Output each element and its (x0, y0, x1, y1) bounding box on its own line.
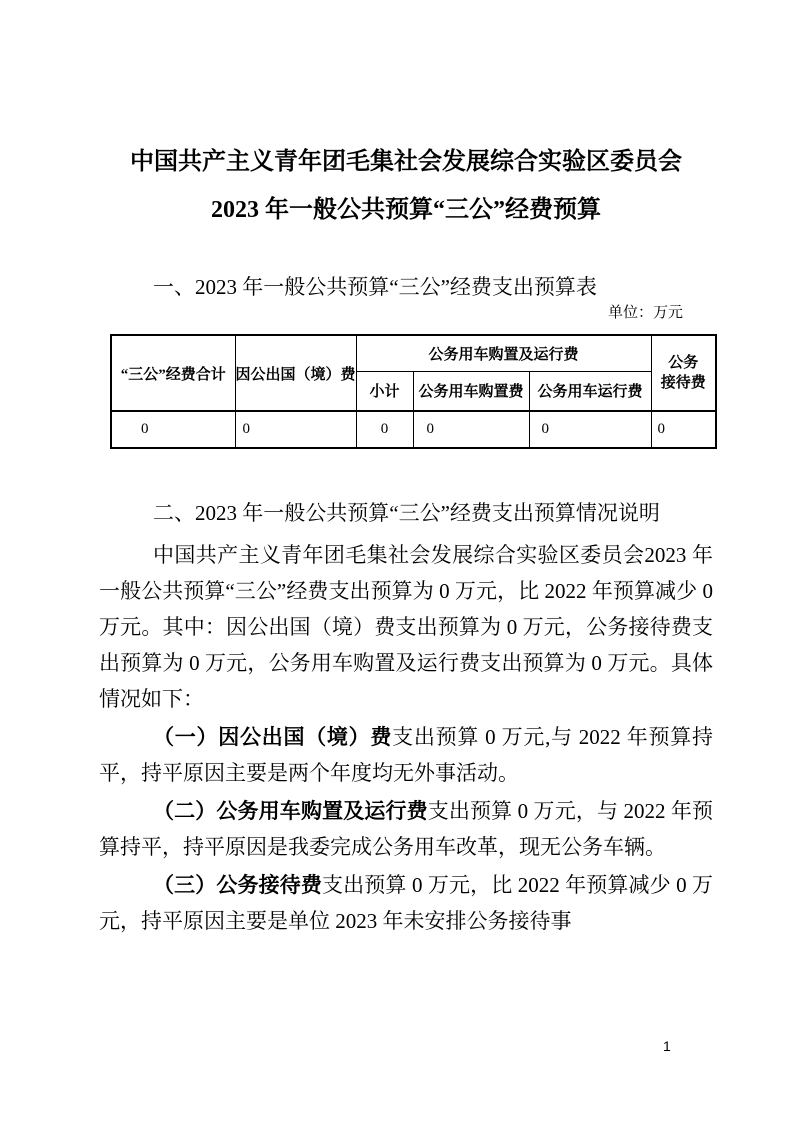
section1-heading: 一、2023 年一般公共预算“三公”经费支出预算表 (99, 272, 713, 302)
value-total: 0 (111, 411, 235, 448)
document-content: 中国共产主义青年团毛集社会发展综合实验区委员会 2023 年一般公共预算“三公”… (0, 138, 793, 939)
col-header-vehicle-operation: 公务用车运行费 (529, 371, 651, 411)
item-label-3: （三）公务接待费 (153, 873, 322, 897)
page-number: 1 (663, 1036, 671, 1056)
value-reception: 0 (651, 411, 716, 448)
document-title: 中国共产主义青年团毛集社会发展综合实验区委员会 2023 年一般公共预算“三公”… (99, 138, 713, 234)
col-header-vehicle-purchase: 公务用车购置费 (413, 371, 529, 411)
table-row: 0 0 0 0 0 0 (111, 411, 716, 448)
col-header-abroad: 因公出国（境）费 (235, 335, 356, 411)
item-paragraph-3: （三）公务接待费支出预算 0 万元，比 2022 年预算减少 0 万元，持平原因… (99, 867, 713, 939)
value-vehicle-purchase: 0 (413, 411, 529, 448)
title-line-2: 2023 年一般公共预算“三公”经费预算 (99, 186, 713, 234)
item-label-2: （二）公务用车购置及运行费 (153, 799, 428, 823)
value-abroad: 0 (235, 411, 356, 448)
col-header-total: “三公”经费合计 (111, 335, 235, 411)
three-public-budget-table: “三公”经费合计 因公出国（境）费 公务用车购置及运行费 公务 接待费 小计 公… (110, 334, 717, 449)
col-header-vehicle-group: 公务用车购置及运行费 (356, 335, 651, 371)
item-label-1: （一）因公出国（境）费 (153, 725, 392, 749)
section2-heading: 二、2023 年一般公共预算“三公”经费支出预算情况说明 (99, 493, 713, 533)
unit-label: 单位：万元 (99, 304, 713, 322)
col-header-reception: 公务 接待费 (651, 335, 716, 411)
item-paragraph-1: （一）因公出国（境）费支出预算 0 万元,与 2022 年预算持平，持平原因主要… (99, 719, 713, 791)
document-page: 中国共产主义青年团毛集社会发展综合实验区委员会 2023 年一般公共预算“三公”… (0, 0, 793, 1122)
col-header-vehicle-subtotal: 小计 (356, 371, 413, 411)
value-vehicle-subtotal: 0 (356, 411, 413, 448)
item-paragraph-2: （二）公务用车购置及运行费支出预算 0 万元，与 2022 年预算持平，持平原因… (99, 793, 713, 865)
title-line-1: 中国共产主义青年团毛集社会发展综合实验区委员会 (99, 138, 713, 186)
intro-paragraph: 中国共产主义青年团毛集社会发展综合实验区委员会2023 年一般公共预算“三公”经… (99, 537, 713, 717)
value-vehicle-operation: 0 (529, 411, 651, 448)
